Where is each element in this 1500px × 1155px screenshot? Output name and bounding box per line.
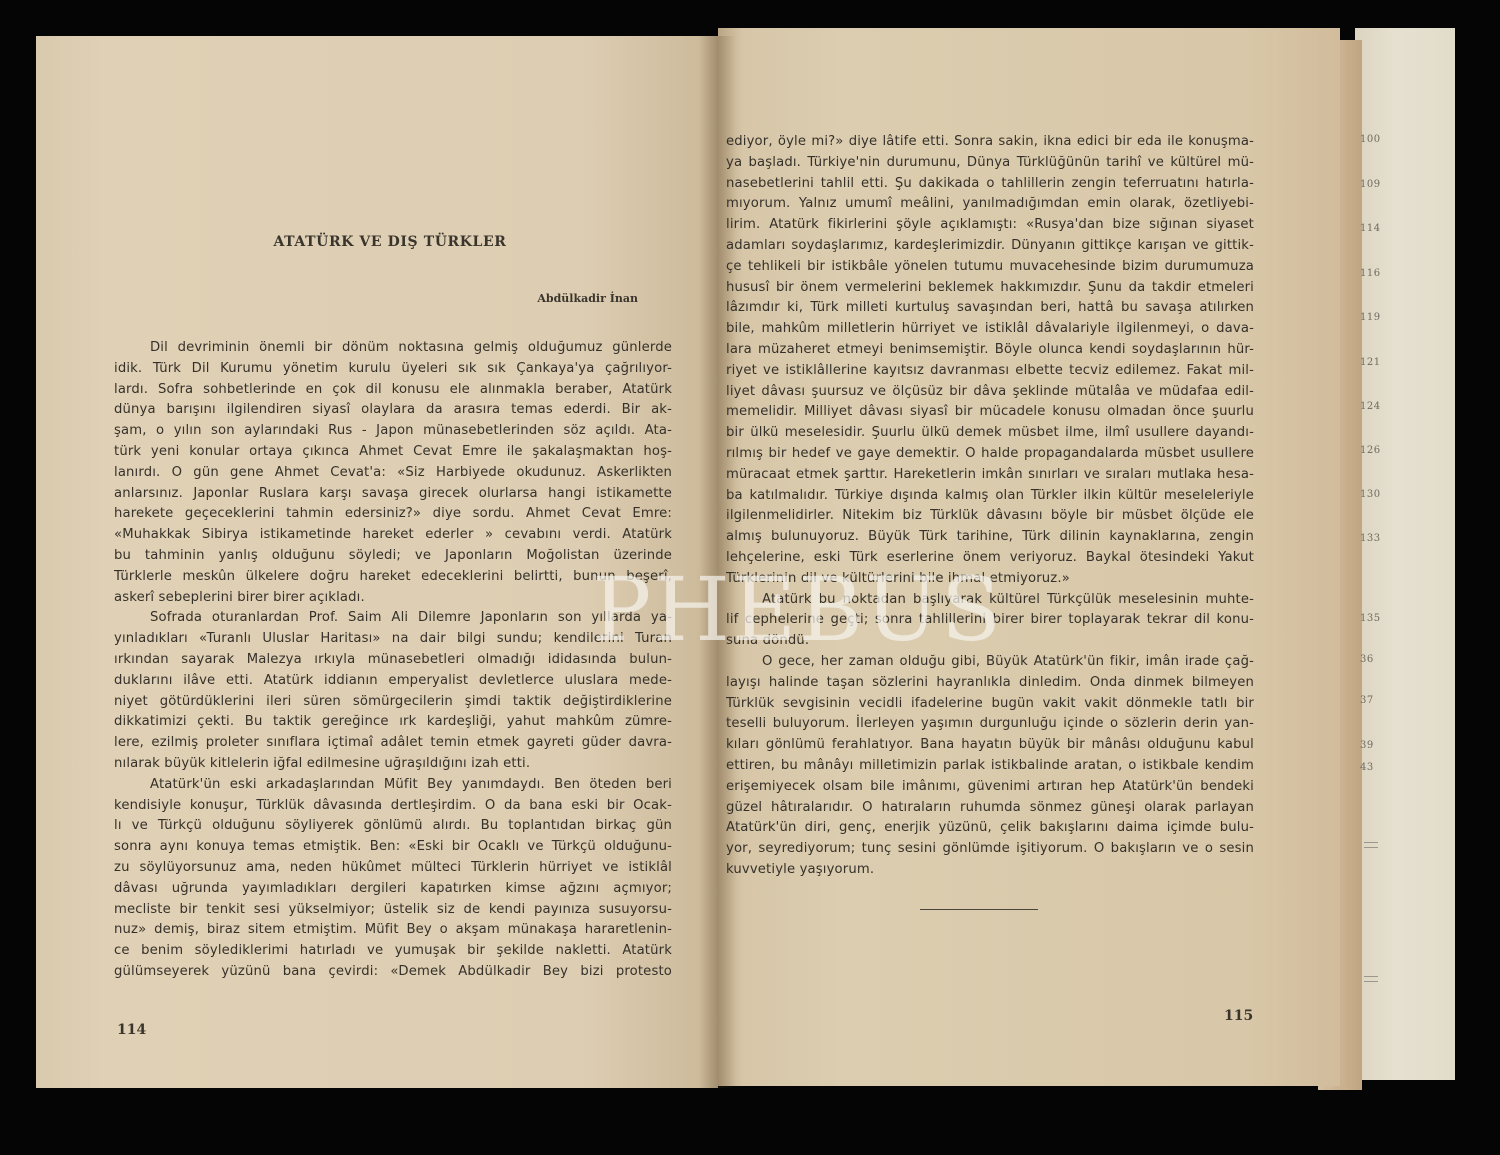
article-title: ATATÜRK VE DIŞ TÜRKLER <box>240 234 540 250</box>
index-edge-number: 124 <box>1360 401 1381 412</box>
text-line: Atatürk bu noktadan başlıyarak kültürel … <box>726 590 1254 611</box>
text-line: dünya barışını ilgilendiren siyasî olayl… <box>114 400 672 421</box>
index-edge-number: 37 <box>1360 695 1374 706</box>
text-line: Türklerinin dil ve kültürlerini bile ihm… <box>726 569 1254 590</box>
text-line: kuvvetiyle yaşıyorum. <box>726 860 1254 881</box>
text-line: memelidir. Milliyet dâvası siyasî bir mü… <box>726 402 1254 423</box>
text-line: ce benim söylediklerimi hatırladı ve yum… <box>114 941 672 962</box>
index-edge-number: 109 <box>1360 179 1381 190</box>
text-line: Sofrada oturanlardan Prof. Saim Ali Dile… <box>114 608 672 629</box>
index-edge-number: 114 <box>1360 223 1381 234</box>
text-line: bir ülkü meselesidir. Şuurlu ülkü demek … <box>726 423 1254 444</box>
text-line: nuz» demiş, biraz sitem etmiştim. Müfit … <box>114 920 672 941</box>
text-line: yınladıkları «Turanlı Uluslar Haritası» … <box>114 629 672 650</box>
index-edge-number: 130 <box>1360 489 1381 500</box>
index-edge-numbers: 1001091141161191211241261301331353637394… <box>1360 134 1400 814</box>
text-line: «Muhakkak Sibirya istikametinde hareket … <box>114 525 672 546</box>
text-line: zu söylüyorsunuz ama, neden hükûmet mült… <box>114 858 672 879</box>
text-line: kıları gönlümü ferahlatıyor. Bana hayatı… <box>726 735 1254 756</box>
left-page-body: Dil devriminin önemli bir dönüm noktasın… <box>114 338 672 983</box>
index-edge-number: 116 <box>1360 268 1381 279</box>
text-line: kendisiyle konuşur, Türklük dâvasında de… <box>114 796 672 817</box>
text-line: çe tehlikeli bir istikbâle yönelen tutum… <box>726 257 1254 278</box>
text-line: nılarak büyük kitlelerin iğfal edilmesin… <box>114 754 672 775</box>
text-line: nasebetlerini tahlil etti. Şu dakikada o… <box>726 174 1254 195</box>
text-line: erişemiyecek olsam bile imânımı, güvenim… <box>726 777 1254 798</box>
text-line: dikkatimizi çekti. Bu taktik gereğince ı… <box>114 712 672 733</box>
text-line: ba katılmalıdır. Türkiye dışında kalmış … <box>726 486 1254 507</box>
text-line: lara müzaheret etmeyi benimsemiştir. Böy… <box>726 340 1254 361</box>
text-line: layışı halinde taşan sözlerini hayranlık… <box>726 673 1254 694</box>
text-line: ya başladı. Türkiye'nin durumunu, Dünya … <box>726 153 1254 174</box>
text-line: ettiren, bu mânâyı milletimizin parlak i… <box>726 756 1254 777</box>
text-line: adamları soydaşlarımız, kardeşlerimizdir… <box>726 236 1254 257</box>
index-edge-number: 43 <box>1360 762 1374 773</box>
end-rule <box>920 909 1038 910</box>
text-line: dâvası uğrunda yayımladıkları dergileri … <box>114 879 672 900</box>
text-line: güzel hâtıralarıdır. O hatıraların ruhum… <box>726 798 1254 819</box>
index-edge-number: 39 <box>1360 740 1374 751</box>
text-line: şam, o yılın son aylarındaki Rus - Japon… <box>114 421 672 442</box>
text-line: Atatürk'ün eski arkadaşlarından Müfit Be… <box>114 775 672 796</box>
text-line: hususî bir önem vermelerini beklemek hak… <box>726 278 1254 299</box>
index-edge-number: 126 <box>1360 445 1381 456</box>
text-line: Türklerle meskûn ülkelere doğru hareket … <box>114 567 672 588</box>
text-line: rılmış bir hedef ve gaye demektir. O hal… <box>726 444 1254 465</box>
text-line: lirim. Atatürk fikirlerini şöyle açıklam… <box>726 215 1254 236</box>
text-line: mıyorum. Yalnız umumî meâlini, yanılmadı… <box>726 194 1254 215</box>
text-line: askerî sebeplerini birer birer açıkladı. <box>114 588 672 609</box>
text-line: ilgilenmelidirler. Nitekim biz Türklük d… <box>726 506 1254 527</box>
text-line: ırkından sayarak Malezya ırkıyla münaseb… <box>114 650 672 671</box>
text-line: lere, ezilmiş proleter sınıflara içtimaî… <box>114 733 672 754</box>
index-edge-number: 100 <box>1360 134 1381 145</box>
text-line: anlarsınız. Japonlar Ruslara karşı savaş… <box>114 484 672 505</box>
text-line: riyet ve istiklâllerine kayıtsız davranm… <box>726 361 1254 382</box>
text-line: gülümseyerek yüzünü bana çevirdi: «Demek… <box>114 962 672 983</box>
text-line: lif cephelerine geçti; sonra tahlillerin… <box>726 610 1254 631</box>
text-line: bile, mahkûm milletlerin hürriyet ve ist… <box>726 319 1254 340</box>
text-line: yor, seyrediyorum; tunç sesini gönlümde … <box>726 839 1254 860</box>
text-line: lı ve Türkçü olduğunu söyliyerek gönlümü… <box>114 816 672 837</box>
text-line: türk yeni konular ortaya çıkınca Ahmet C… <box>114 442 672 463</box>
text-line: bu tahminin yanlış olduğunu söyledi; ve … <box>114 546 672 567</box>
text-line: lardı. Sofra sohbetlerinde en çok dil ko… <box>114 380 672 401</box>
text-line: teselli buluyorum. İlerleyen yaşımın dur… <box>726 714 1254 735</box>
text-line: lehçelerine, eski Türk eserlerine önem v… <box>726 548 1254 569</box>
index-edge-number: 133 <box>1360 533 1381 544</box>
article-author: Abdülkadir İnan <box>420 292 638 305</box>
text-line: mecliste bir tenkit sesi yükselmiyor; üs… <box>114 900 672 921</box>
text-line: lanırdı. O gün gene Ahmet Cevat'a: «Siz … <box>114 463 672 484</box>
index-edge-number: 36 <box>1360 654 1374 665</box>
right-page-body: ediyor, öyle mi?» diye lâtife etti. Sonr… <box>726 132 1254 881</box>
index-edge-number: 121 <box>1360 357 1381 368</box>
text-line: O gece, her zaman olduğu gibi, Büyük Ata… <box>726 652 1254 673</box>
page-number-right: 115 <box>1224 1008 1253 1024</box>
text-line: suna döndü. <box>726 631 1254 652</box>
index-edge-number: 119 <box>1360 312 1381 323</box>
text-line: sonra aynı konuya temas etmiştik. Ben: «… <box>114 837 672 858</box>
text-line: niyet götürdüklerini ileri süren sömürge… <box>114 692 672 713</box>
text-line: Atatürk'ün diri, genç, enerjik yüzünü, ç… <box>726 818 1254 839</box>
text-line: liyet dâvası şuursuz ve ölçüsüz bir dâva… <box>726 382 1254 403</box>
text-line: müracaat etmek şarttır. Hareketlerin imk… <box>726 465 1254 486</box>
index-edge-number: 135 <box>1360 613 1381 624</box>
edge-mark <box>1364 976 1378 982</box>
edge-mark <box>1364 842 1378 848</box>
text-line: Türklük sevgisinin vecidli ifadelerine b… <box>726 694 1254 715</box>
page-number-left: 114 <box>117 1022 146 1038</box>
text-line: almış bulunuyoruz. Büyük Türk tarihine, … <box>726 527 1254 548</box>
text-line: ediyor, öyle mi?» diye lâtife etti. Sonr… <box>726 132 1254 153</box>
text-line: harekete geçeceklerini tahmin edersiniz?… <box>114 504 672 525</box>
text-line: duklarını ilâve etti. Atatürk iddianın e… <box>114 671 672 692</box>
text-line: idik. Türk Dil Kurumu yönetim kurulu üye… <box>114 359 672 380</box>
text-line: Dil devriminin önemli bir dönüm noktasın… <box>114 338 672 359</box>
text-line: lâzımdır ki, Türk milleti kurtuluş savaş… <box>726 298 1254 319</box>
